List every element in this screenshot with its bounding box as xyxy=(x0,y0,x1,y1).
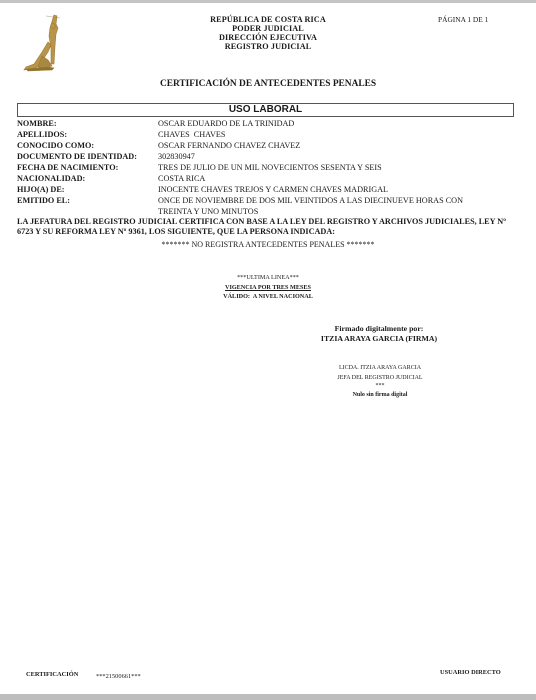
field-row-parents: HIJO(A) DE: INOCENTE CHAVES TREJOS Y CAR… xyxy=(17,184,517,195)
field-value: OSCAR FERNANDO CHAVEZ CHAVEZ xyxy=(158,140,478,151)
field-value: TRES DE JULIO DE UN MIL NOVECIENTOS SESE… xyxy=(158,162,478,173)
personal-data-fields: NOMBRE: OSCAR EDUARDO DE LA TRINIDAD APE… xyxy=(17,118,517,217)
footer-cert-number: ***21500661*** xyxy=(96,673,141,680)
header-country: REPÚBLICA DE COSTA RICA xyxy=(150,15,386,24)
header-branch: PODER JUDICIAL xyxy=(150,24,386,33)
header-registry: REGISTRO JUDICIAL xyxy=(150,42,386,51)
field-label: HIJO(A) DE: xyxy=(17,184,158,195)
field-row-name: NOMBRE: OSCAR EDUARDO DE LA TRINIDAD xyxy=(17,118,517,129)
header-direction: DIRECCIÓN EJECUTIVA xyxy=(150,33,386,42)
field-value: COSTA RICA xyxy=(158,173,478,184)
field-label: DOCUMENTO DE IDENTIDAD: xyxy=(17,151,158,162)
signatory-block: LICDA. ITZIA ARAYA GARCIA JEFA DEL REGIS… xyxy=(325,363,435,400)
field-value: INOCENTE CHAVES TREJOS Y CARMEN CHAVES M… xyxy=(158,184,478,195)
field-row-known-as: CONOCIDO COMO: OSCAR FERNANDO CHAVEZ CHA… xyxy=(17,140,517,151)
field-value: 302830947 xyxy=(158,151,478,162)
field-label: NACIONALIDAD: xyxy=(17,173,158,184)
field-value: OSCAR EDUARDO DE LA TRINIDAD xyxy=(158,118,478,129)
field-label: CONOCIDO COMO: xyxy=(17,140,158,151)
last-line-marker: ***ULTIMA LINEA*** xyxy=(0,273,536,283)
signatory-role: JEFA DEL REGISTRO JUDICIAL xyxy=(325,373,435,383)
document-title: CERTIFICACIÓN DE ANTECEDENTES PENALES xyxy=(0,79,536,89)
signer-name: ITZIA ARAYA GARCIA (FIRMA) xyxy=(300,334,458,344)
issuer-header: REPÚBLICA DE COSTA RICA PODER JUDICIAL D… xyxy=(150,15,386,51)
field-label: APELLIDOS: xyxy=(17,129,158,140)
field-label: FECHA DE NACIMIENTO: xyxy=(17,162,158,173)
field-row-birthdate: FECHA DE NACIMIENTO: TRES DE JULIO DE UN… xyxy=(17,162,517,173)
bottom-border xyxy=(0,694,536,700)
validity-text: VIGENCIA POR TRES MESES xyxy=(0,283,536,293)
footer-user-type: USUARIO DIRECTO xyxy=(440,669,501,676)
field-label: EMITIDO EL: xyxy=(17,195,158,217)
field-label: NOMBRE: xyxy=(17,118,158,129)
footer-cert-label: CERTIFICACIÓN xyxy=(26,671,78,678)
certification-statement: LA JEFATURA DEL REGISTRO JUDICIAL CERTIF… xyxy=(17,217,517,237)
field-value: ONCE DE NOVIEMBRE DE DOS MIL VEINTIDOS A… xyxy=(158,195,476,217)
signed-by-label: Firmado digitalmente por: xyxy=(300,324,458,334)
top-border xyxy=(0,0,536,3)
field-row-issued: EMITIDO EL: ONCE DE NOVIEMBRE DE DOS MIL… xyxy=(17,195,517,217)
result-line: ******* NO REGISTRA ANTECEDENTES PENALES… xyxy=(0,240,536,249)
justice-statue-icon xyxy=(18,12,66,72)
separator: *** xyxy=(325,383,435,390)
closing-block: ***ULTIMA LINEA*** VIGENCIA POR TRES MES… xyxy=(0,273,536,302)
signatory-name: LICDA. ITZIA ARAYA GARCIA xyxy=(325,363,435,373)
scope-text: VÁLIDO: A NIVEL NACIONAL xyxy=(0,292,536,302)
validity-note: Nulo sin firma digital xyxy=(325,390,435,400)
field-value: CHAVES CHAVES xyxy=(158,129,478,140)
usage-box: USO LABORAL xyxy=(17,103,514,117)
digital-signature-block: Firmado digitalmente por: ITZIA ARAYA GA… xyxy=(300,324,458,343)
page-indicator: PÁGINA 1 DE 1 xyxy=(438,15,488,24)
field-row-nationality: NACIONALIDAD: COSTA RICA xyxy=(17,173,517,184)
field-row-surnames: APELLIDOS: CHAVES CHAVES xyxy=(17,129,517,140)
field-row-id: DOCUMENTO DE IDENTIDAD: 302830947 xyxy=(17,151,517,162)
